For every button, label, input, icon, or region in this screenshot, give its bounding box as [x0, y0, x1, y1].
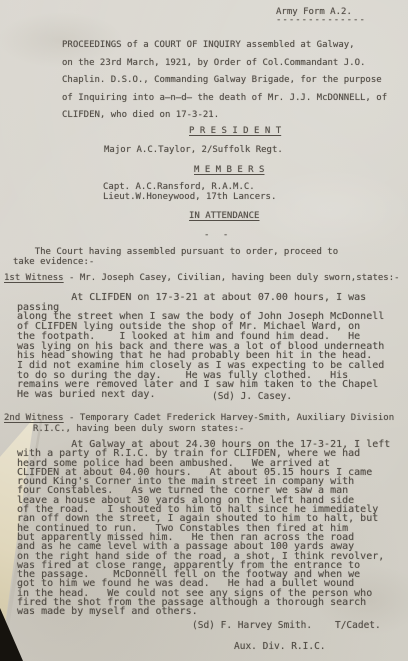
document-page: Army Form A.2. -------------- PROCEEDING…: [0, 0, 408, 661]
witness1-label: 1st Witness: [4, 273, 64, 283]
army-form-underline: --------------: [276, 15, 366, 25]
witness2-unit: Aux. Div. R.I.C.: [234, 642, 326, 652]
witness2-heading: 2nd Witness - Temporary Cadet Frederick …: [4, 413, 394, 423]
witness1-heading-rest: - Mr. Joseph Casey, Civilian, having bee…: [64, 273, 400, 283]
members-names: Capt. A.C.Ransford, R.A.M.C. Lieut.W.Hon…: [103, 183, 276, 202]
president-name: Major A.C.Taylor, 2/Suffolk Regt.: [104, 145, 283, 155]
witness2-heading-rest: - Temporary Cadet Frederick Harvey-Smith…: [64, 413, 395, 423]
attendance-separator: - -: [204, 230, 232, 240]
president-heading: P R E S I D E N T: [189, 126, 281, 136]
attendance-heading: IN ATTENDANCE: [189, 211, 259, 221]
members-heading: M E M B E R S: [194, 165, 264, 175]
document-intro: PROCEEDINGS of a COURT OF INQUIRY assemb…: [62, 37, 387, 125]
witness2-label: 2nd Witness: [4, 413, 64, 423]
witness1-signature: (Sd) J. Casey.: [212, 392, 292, 402]
witness2-heading-line2: R.I.C., having been duly sworn states:-: [33, 424, 244, 434]
witness1-statement: At CLIFDEN on 17-3-21 at about 07.00 hou…: [17, 293, 408, 400]
court-preamble: The Court having assembled pursuant to o…: [13, 247, 338, 268]
witness2-statement: At Galway at about 24.30 hours on the 17…: [17, 440, 390, 617]
witness2-signature: (Sd) F. Harvey Smith. T/Cadet.: [192, 621, 381, 631]
witness1-heading: 1st Witness - Mr. Joseph Casey, Civilian…: [4, 273, 400, 283]
